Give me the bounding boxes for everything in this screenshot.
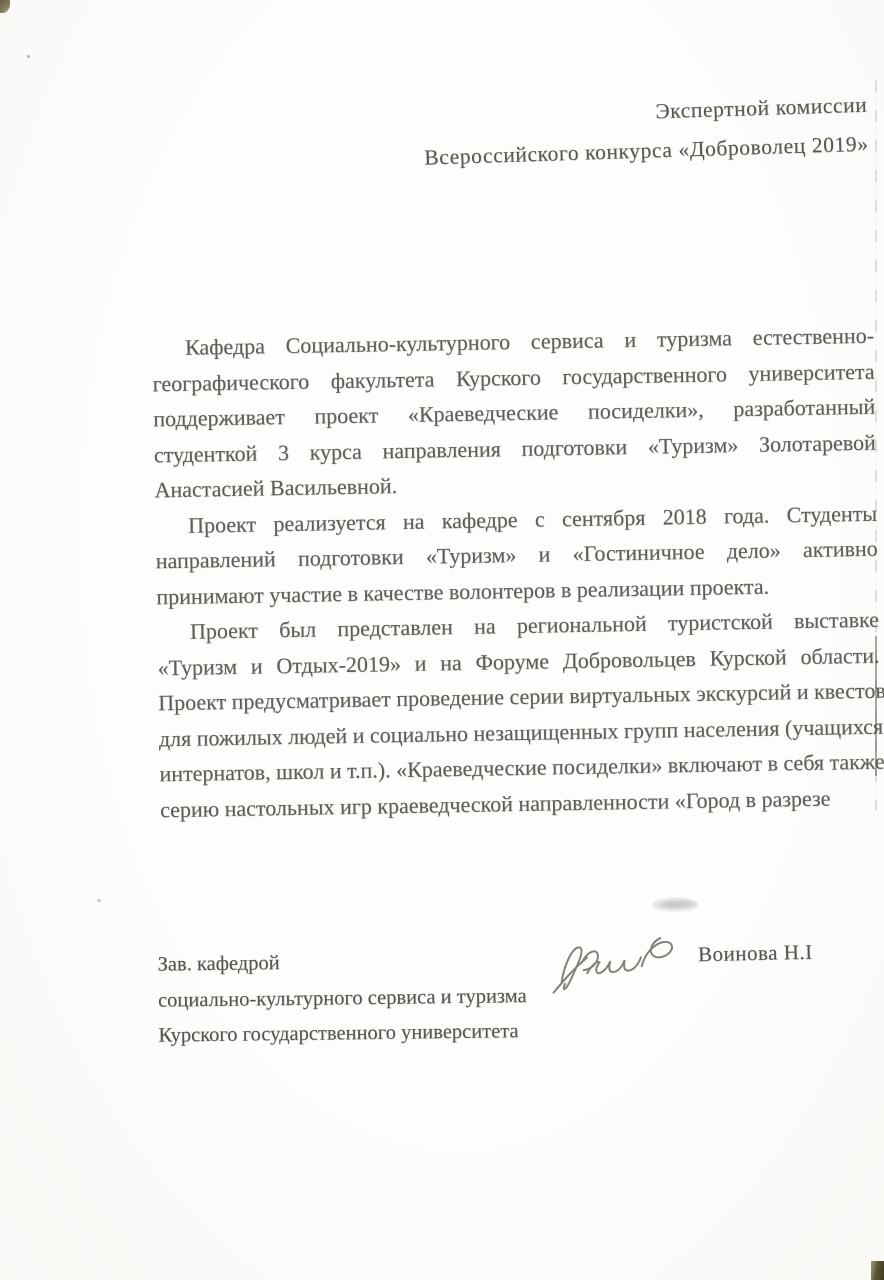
- signer-role-line: Зав. кафедрой: [157, 942, 587, 983]
- signature-block: Зав. кафедрой социально-культурного серв…: [157, 942, 588, 1054]
- signer-role-line: Курского государственного университета: [158, 1013, 588, 1054]
- scan-edge-line-dark: [875, 636, 877, 776]
- scan-artifact-top-left: [0, 0, 10, 13]
- signer-role-line: социально-культурного сервиса и туризма: [158, 978, 588, 1019]
- signer-name: Воинова Н.I: [698, 940, 813, 967]
- scan-speck: [97, 899, 101, 902]
- handwritten-signature-icon: [546, 921, 684, 1004]
- scan-smudge: [652, 897, 698, 913]
- scan-artifact-bottom-right: [871, 1261, 884, 1280]
- scan-speck: [27, 55, 30, 58]
- letter-recipient-block: Экспертной комиссии Всероссийского конку…: [399, 86, 869, 179]
- scanned-letter-page: Экспертной комиссии Всероссийского конку…: [0, 0, 884, 1280]
- letter-body: Кафедра Социально-культурного сервиса и …: [152, 318, 883, 828]
